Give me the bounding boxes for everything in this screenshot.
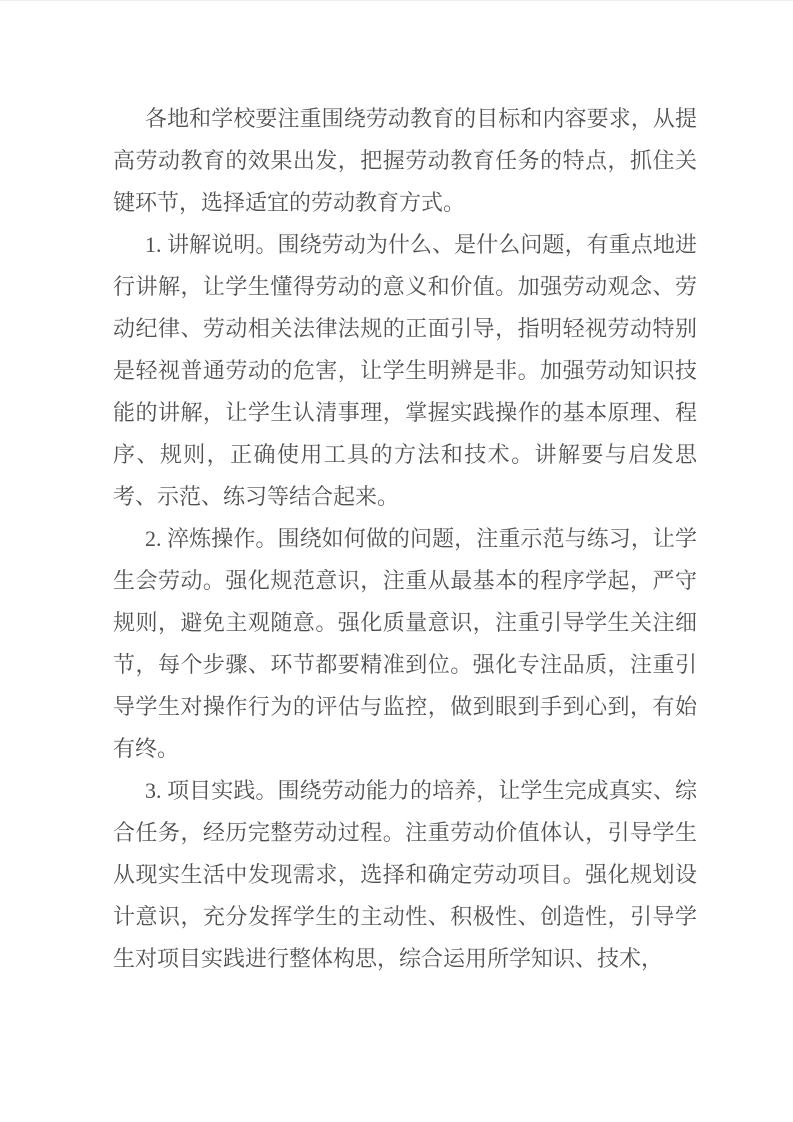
paragraph-3-project-practice: 3. 项目实践。围绕劳动能力的培养，让学生完成真实、综合任务，经历完整劳动过程。…	[113, 770, 697, 980]
paragraph-1-explain-illustrate: 1. 讲解说明。围绕劳动为什么、是什么问题，有重点地进行讲解，让学生懂得劳动的意…	[113, 224, 697, 518]
document-body: 各地和学校要注重围绕劳动教育的目标和内容要求，从提高劳动教育的效果出发，把握劳动…	[113, 98, 697, 980]
paragraph-2-refine-operation: 2. 淬炼操作。围绕如何做的问题，注重示范与练习，让学生会劳动。强化规范意识，注…	[113, 518, 697, 770]
document-page: 各地和学校要注重围绕劳动教育的目标和内容要求，从提高劳动教育的效果出发，把握劳动…	[0, 0, 793, 1122]
paragraph-intro: 各地和学校要注重围绕劳动教育的目标和内容要求，从提高劳动教育的效果出发，把握劳动…	[113, 98, 697, 224]
